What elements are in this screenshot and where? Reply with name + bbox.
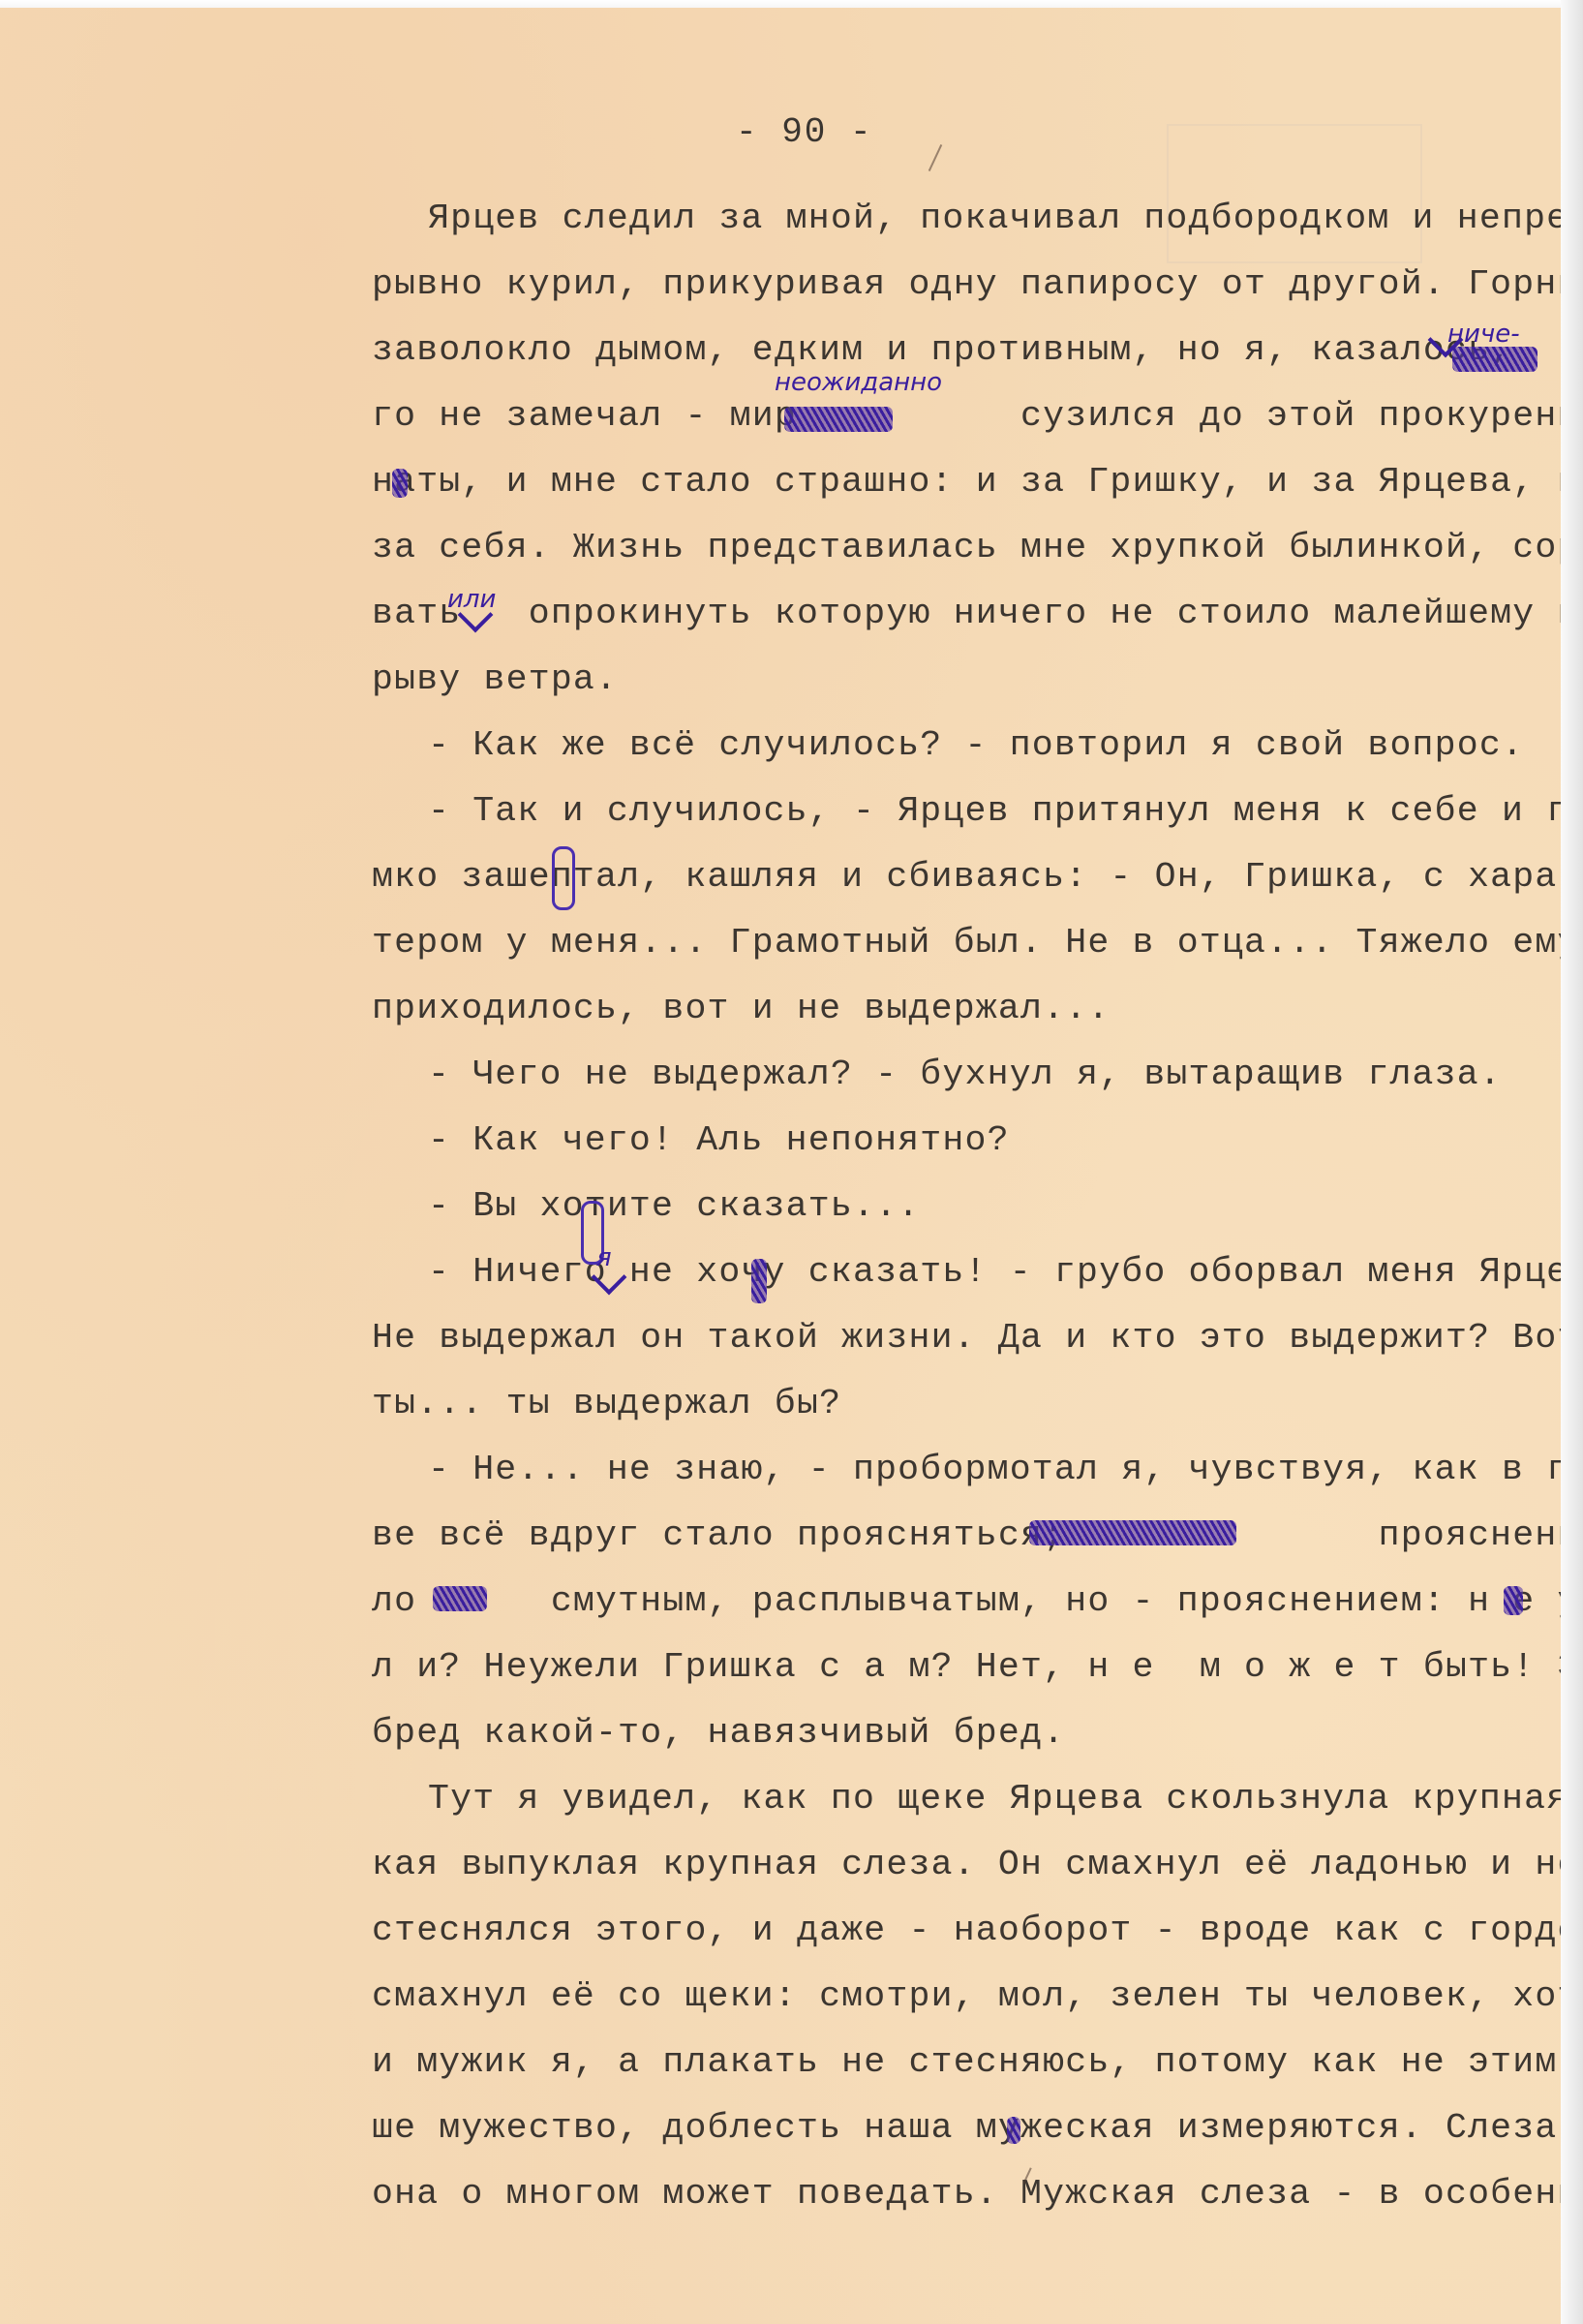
text-line: ве всё вдруг стало проясняться; прояснен… [372,1518,1583,1554]
crossed-out-word [433,1586,487,1611]
faded-stamp [1167,124,1422,263]
text-line: она о многом может поведать. Мужская сле… [372,2177,1583,2213]
handwritten-note: неожиданно [775,368,942,397]
text-line: - Вы хотите сказать... [428,1189,920,1225]
crossed-out-word [1029,1520,1236,1545]
page-number: - 90 - [736,112,873,152]
scan-right-edge [1561,0,1583,2324]
text-line: - Как чего! Аль непонятно? [428,1123,1010,1159]
text-line: бред какой-то, навязчивый бред. [372,1716,1065,1752]
text-line: - Так и случилось, - Ярцев притянул меня… [428,794,1583,830]
corrected-letter [751,1259,767,1303]
text-line: ше мужество, доблесть наша мужеская изме… [372,2111,1583,2147]
text-line: смахнул её со щеки: смотри, мол, зелен т… [372,1979,1583,2015]
text-line: за себя. Жизнь представилась мне хрупкой… [372,531,1583,566]
text-line: тером у меня... Грамотный был. Не в отца… [372,926,1580,962]
text-line: рывно курил, прикуривая одну папиросу от… [372,267,1583,303]
text-line: наты, и мне стало страшно: и за Гришку, … [372,465,1580,501]
text-line: го не замечал - мир сузился до этой прок… [372,399,1583,435]
text-line: и мужик я, а плакать не стесняюсь, потом… [372,2045,1583,2081]
text-line: - Чего не выдержал? - бухнул я, вытаращи… [428,1057,1502,1093]
text-line: Тут я увидел, как по щеке Ярцева скользн… [428,1782,1583,1818]
text-line: приходилось, вот и не выдержал... [372,992,1110,1027]
text-line: л и? Неужели Гришка с а м? Нет, н е м о … [372,1650,1583,1686]
crossed-out-word [784,407,893,432]
corrected-letter [1504,1586,1523,1615]
pencil-tick [928,144,942,171]
text-line: - Как же всё случилось? - повторил я сво… [428,728,1524,764]
text-line: вать опрокинуть которую ничего не стоило… [372,596,1583,632]
text-line: рыву ветра. [372,662,618,698]
text-line: Ярцев следил за мной, покачивал подбород… [428,201,1583,237]
typewritten-page: - 90 - Ярцев следил за мной, покачивал п… [0,8,1561,2324]
text-line: ло смутным, расплывчатым, но - прояснени… [372,1584,1583,1620]
text-line: Не выдержал он такой жизни. Да и кто это… [372,1321,1580,1357]
text-line: заволокло дымом, едким и противным, но я… [372,333,1512,369]
transpose-mark [552,846,575,910]
text-line: - Не... не знаю, - пробормотал я, чувств… [428,1452,1583,1488]
text-line: стеснялся этого, и даже - наоборот - вро… [372,1913,1583,1949]
corrected-letter [1007,2117,1020,2144]
crossed-out-word [1452,347,1537,372]
text-line: ты... ты выдержал бы? [372,1387,841,1422]
text-line: кая выпуклая крупная слеза. Он смахнул е… [372,1848,1583,1883]
corrected-letter [392,469,408,498]
